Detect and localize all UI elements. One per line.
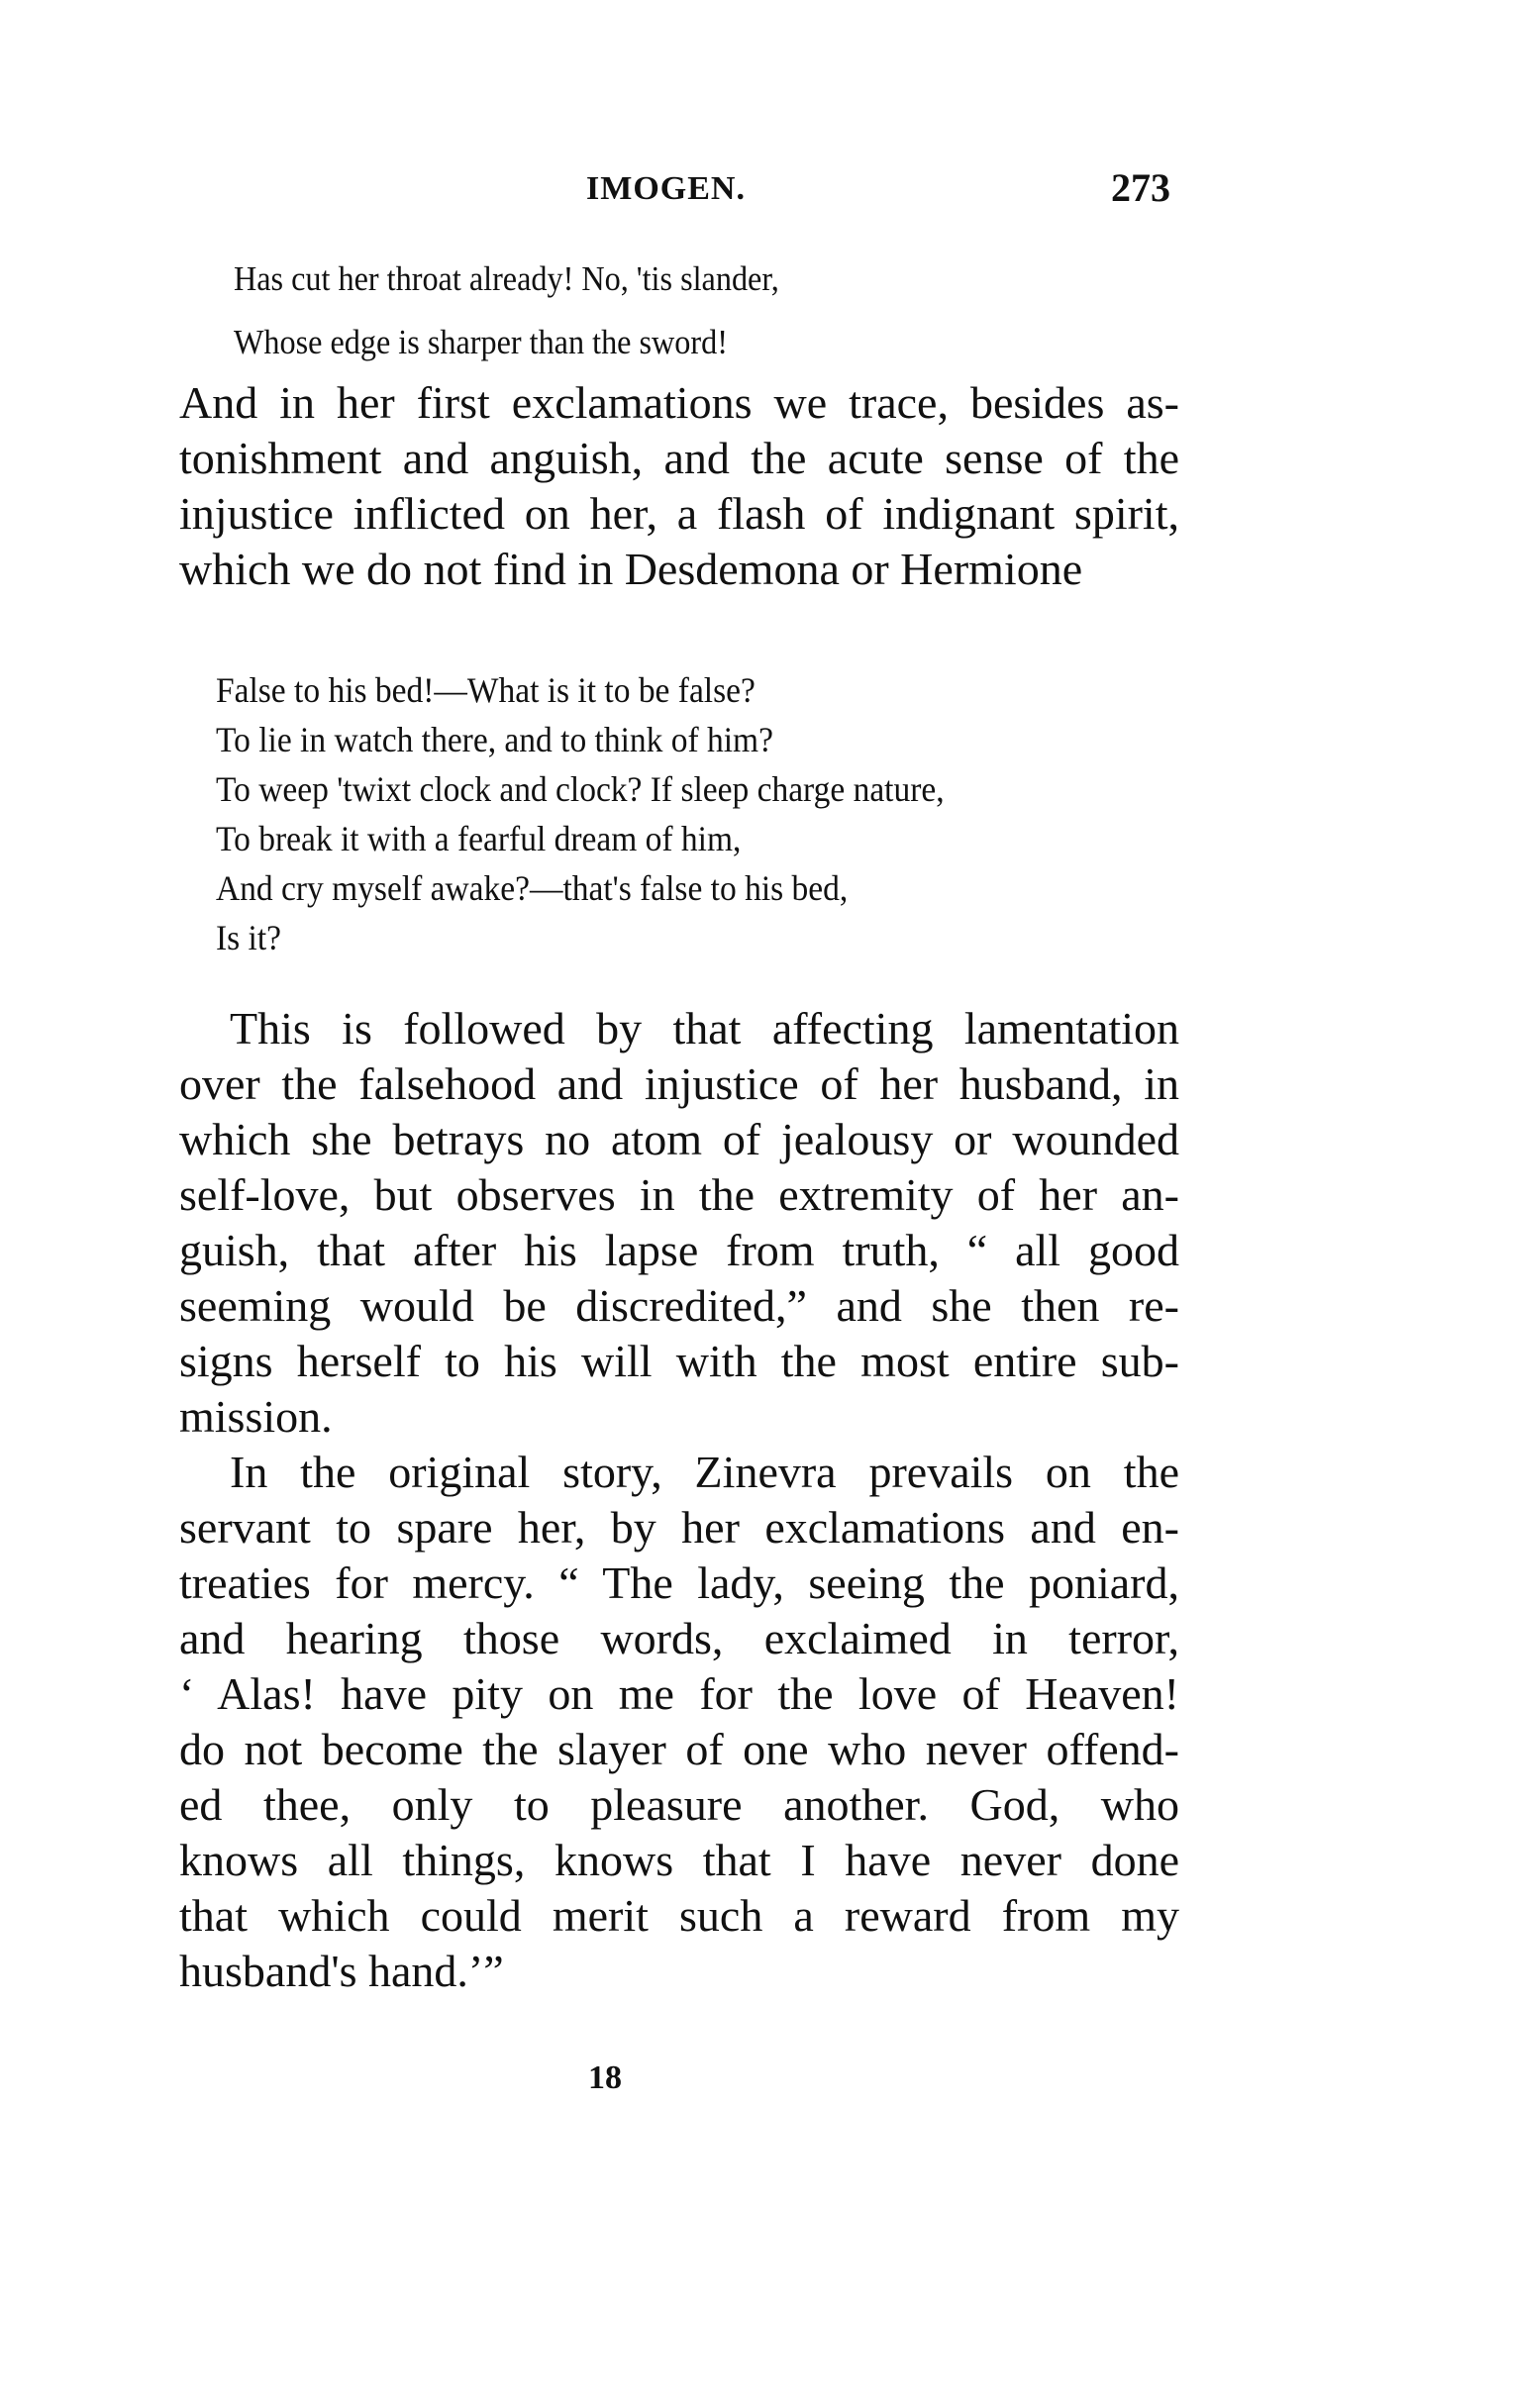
paragraph-line: mission. [179,1390,1179,1443]
paragraph-line: which we do not find in Desdemona or Her… [179,543,1179,595]
paragraph-line: tonishment and anguish, and the acute se… [179,432,1179,484]
paragraph-line: ed thee, only to pleasure another. God, … [179,1778,1179,1831]
paragraph-line: treaties for mercy. “ The lady, seeing t… [179,1556,1179,1609]
paragraph-line: that which could merit such a reward fro… [179,1889,1179,1942]
verse-line: Is it? [216,917,281,958]
verse-line: False to his bed!—What is it to be false… [216,669,756,711]
paragraph-line: husband's hand.’” [179,1945,1179,1997]
epigraph-line: Has cut her throat already! No, 'tis sla… [234,259,779,299]
verse-line: And cry myself awake?—that's false to hi… [216,867,848,909]
paragraph-line: over the falsehood and injustice of her … [179,1057,1179,1110]
paragraph-line: do not become the slayer of one who neve… [179,1723,1179,1775]
paragraph-line: guish, that after his lapse from truth, … [179,1224,1179,1276]
signature-mark: 18 [588,2059,622,2097]
verse-line: To break it with a fearful dream of him, [216,818,741,859]
paragraph-line: signs herself to his will with the most … [179,1335,1179,1387]
paragraph-line: And in her first exclamations we trace, … [179,376,1179,429]
paragraph-line: which she betrays no atom of jealousy or… [179,1113,1179,1165]
epigraph-line: Whose edge is sharper than the sword! [234,323,728,362]
paragraph-line: In the original story, Zinevra prevails … [230,1446,1179,1498]
paragraph-line: seeming would be discredited,” and she t… [179,1279,1179,1332]
paragraph-line: and hearing those words, exclaimed in te… [179,1612,1179,1664]
paragraph-line: injustice inflicted on her, a flash of i… [179,487,1179,540]
paragraph-line: self-love, but observes in the extremity… [179,1168,1179,1221]
paragraph-line: knows all things, knows that I have neve… [179,1834,1179,1886]
page-number: 273 [1111,164,1170,211]
paragraph-line: This is followed by that affecting lamen… [230,1002,1179,1054]
verse-line: To lie in watch there, and to think of h… [216,719,773,760]
verse-line: To weep 'twixt clock and clock? If sleep… [216,768,945,810]
paragraph-line: ‘ Alas! have pity on me for the love of … [179,1667,1179,1720]
paragraph-line: servant to spare her, by her exclamation… [179,1501,1179,1554]
running-title: IMOGEN. [586,170,746,208]
